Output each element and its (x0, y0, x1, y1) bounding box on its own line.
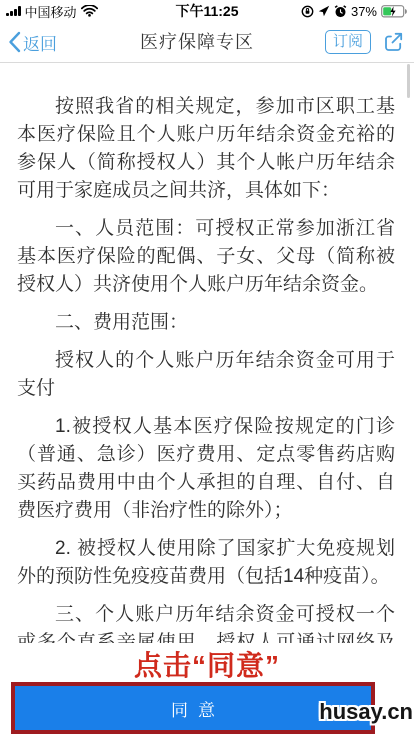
footer-bar: 点击“同意” 同意 husay.cn (0, 643, 414, 736)
tutorial-annotation: 点击“同意” (0, 644, 414, 684)
agree-button[interactable]: 同意 (15, 686, 371, 730)
nav-bar: 返回 医疗保障专区 订阅 (0, 22, 414, 63)
nav-right-actions: 订阅 (325, 22, 406, 62)
paragraph-fee-intro: 授权人的个人账户历年结余资金可用于支付 (17, 347, 395, 403)
paragraph-fee-item2: 2. 被授权人使用除了国家扩大免疫规划外的预防性免疫疫苗费用（包括14种疫苗）。 (17, 535, 395, 591)
back-button[interactable]: 返回 (8, 22, 57, 62)
share-icon[interactable] (380, 29, 406, 55)
subscribe-button[interactable]: 订阅 (325, 30, 371, 54)
app-screen: 中国移动 下午11:25 (0, 0, 414, 736)
paragraph-fee-item1: 1.被授权人基本医疗保险按规定的门诊（普通、急诊）医疗费用、定点零售药店购买药品… (17, 413, 395, 525)
paragraph-authorize: 三、个人账户历年结余资金可授权一个或多个直系亲属使用。授权人可通过网络及APP … (17, 601, 395, 643)
policy-text: 按照我省的相关规定，参加市区职工基本医疗保险且个人账户历年结余资金充裕的参保人（… (0, 63, 414, 643)
paragraph-scope-fee-title: 二、费用范围： (17, 309, 395, 337)
page-title: 医疗保障专区 (90, 22, 304, 62)
back-label: 返回 (23, 30, 57, 55)
back-chevron-icon (8, 31, 21, 53)
paragraph-scope-people: 一、人员范围：可授权正常参加浙江省基本医疗保险的配偶、子女、父母（简称被授权人）… (17, 215, 395, 299)
clock-label: 下午11:25 (0, 1, 414, 21)
status-bar: 中国移动 下午11:25 (0, 0, 414, 22)
watermark: husay.cn (319, 699, 413, 725)
paragraph-intro: 按照我省的相关规定，参加市区职工基本医疗保险且个人账户历年结余资金充裕的参保人（… (17, 93, 395, 205)
